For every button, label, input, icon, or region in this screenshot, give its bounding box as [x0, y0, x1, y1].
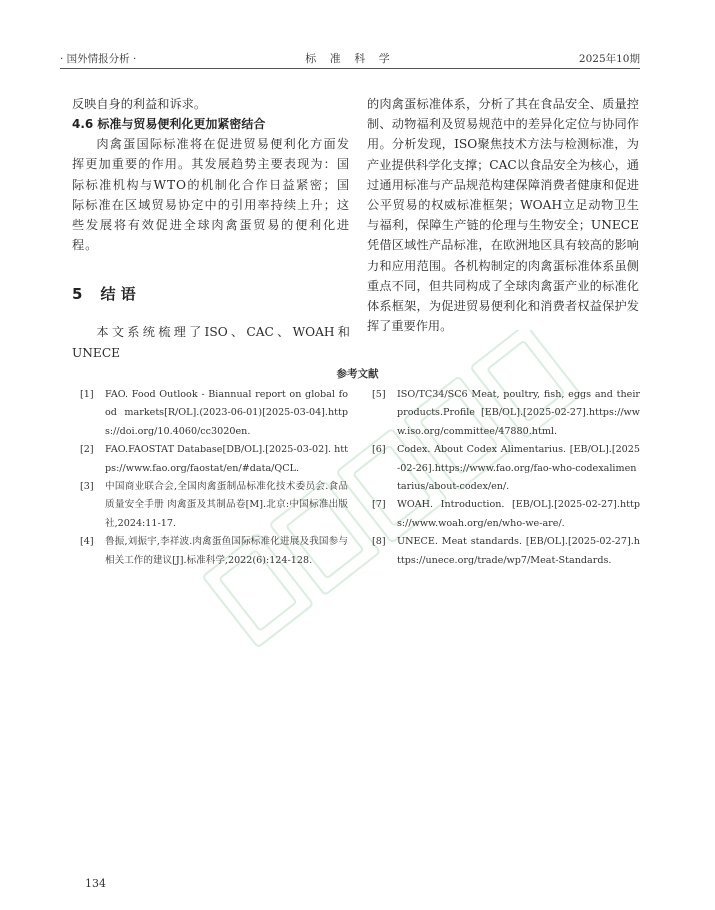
page-number: 134 [85, 877, 106, 890]
left-column: 反映自身的利益和诉求。 4.6 标准与贸易便利化更加紧密结合 肉禽蛋国际标准将在… [72, 94, 350, 363]
reference-index: [5] [372, 386, 397, 441]
section-number: 5 [72, 285, 82, 303]
reference-text: UNECE. Meat standards. [EB/OL].[2025-02-… [397, 533, 640, 570]
reference-item: [4] 鲁振,刘振宇,李祥波.肉禽蛋鱼国际标准化进展及我国参与相关工作的建议[J… [80, 533, 348, 570]
reference-index: [3] [80, 478, 105, 533]
reference-text: WOAH. Introduction. [EB/OL].[2025-02-27]… [397, 496, 640, 533]
reference-text: ISO/TC34/SC6 Meat, poultry, fish, eggs a… [397, 386, 640, 441]
subsection-heading: 4.6 标准与贸易便利化更加紧密结合 [72, 114, 350, 134]
header-journal-title: 标 准 科 学 [60, 50, 640, 66]
reference-index: [2] [80, 441, 105, 478]
right-column: 的肉禽蛋标准体系，分析了其在食品安全、质量控制、动物福利及贸易规范中的差异化定位… [367, 94, 639, 336]
reference-item: [7] WOAH. Introduction. [EB/OL].[2025-02… [372, 496, 640, 533]
references-list-left: [1] FAO. Food Outlook - Biannual report … [80, 386, 348, 570]
paragraph-conclusion-cont: 的肉禽蛋标准体系，分析了其在食品安全、质量控制、动物福利及贸易规范中的差异化定位… [367, 94, 639, 336]
reference-item: [5] ISO/TC34/SC6 Meat, poultry, fish, eg… [372, 386, 640, 441]
paragraph-trade-facilitation: 肉禽蛋国际标准将在促进贸易便利化方面发挥更加重要的作用。其发展趋势主要表现为：国… [72, 134, 350, 255]
reference-item: [8] UNECE. Meat standards. [EB/OL].[2025… [372, 533, 640, 570]
references-list-right: [5] ISO/TC34/SC6 Meat, poultry, fish, eg… [372, 386, 640, 570]
paragraph-conclusion-start: 本文系统梳理了ISO、CAC、WOAH和UNECE [72, 322, 350, 362]
reference-index: [7] [372, 496, 397, 533]
section-heading-conclusion: 5结 语 [72, 283, 350, 304]
reference-text: FAO.FAOSTAT Database[DB/OL].[2025-03-02]… [105, 441, 348, 478]
reference-item: [1] FAO. Food Outlook - Biannual report … [80, 386, 348, 441]
reference-item: [6] Codex. About Codex Alimentarius. [EB… [372, 441, 640, 496]
running-header: · 国外情报分析 · 标 准 科 学 2025年10期 [60, 50, 640, 69]
reference-index: [4] [80, 533, 105, 570]
references-heading: 参考文献 [0, 366, 715, 381]
reference-text: 中国商业联合会,全国肉禽蛋制品标准化技术委员会.食品质量安全手册 肉禽蛋及其制品… [105, 478, 348, 533]
header-issue: 2025年10期 [579, 51, 640, 66]
section-title: 结 语 [100, 285, 135, 303]
reference-index: [6] [372, 441, 397, 496]
reference-item: [2] FAO.FAOSTAT Database[DB/OL].[2025-03… [80, 441, 348, 478]
reference-text: FAO. Food Outlook - Biannual report on g… [105, 386, 348, 441]
reference-text: Codex. About Codex Alimentarius. [EB/OL]… [397, 441, 640, 496]
reference-item: [3] 中国商业联合会,全国肉禽蛋制品标准化技术委员会.食品质量安全手册 肉禽蛋… [80, 478, 348, 533]
reference-text: 鲁振,刘振宇,李祥波.肉禽蛋鱼国际标准化进展及我国参与相关工作的建议[J].标准… [105, 533, 348, 570]
paragraph-continuation: 反映自身的利益和诉求。 [72, 94, 350, 114]
reference-index: [8] [372, 533, 397, 570]
reference-index: [1] [80, 386, 105, 441]
